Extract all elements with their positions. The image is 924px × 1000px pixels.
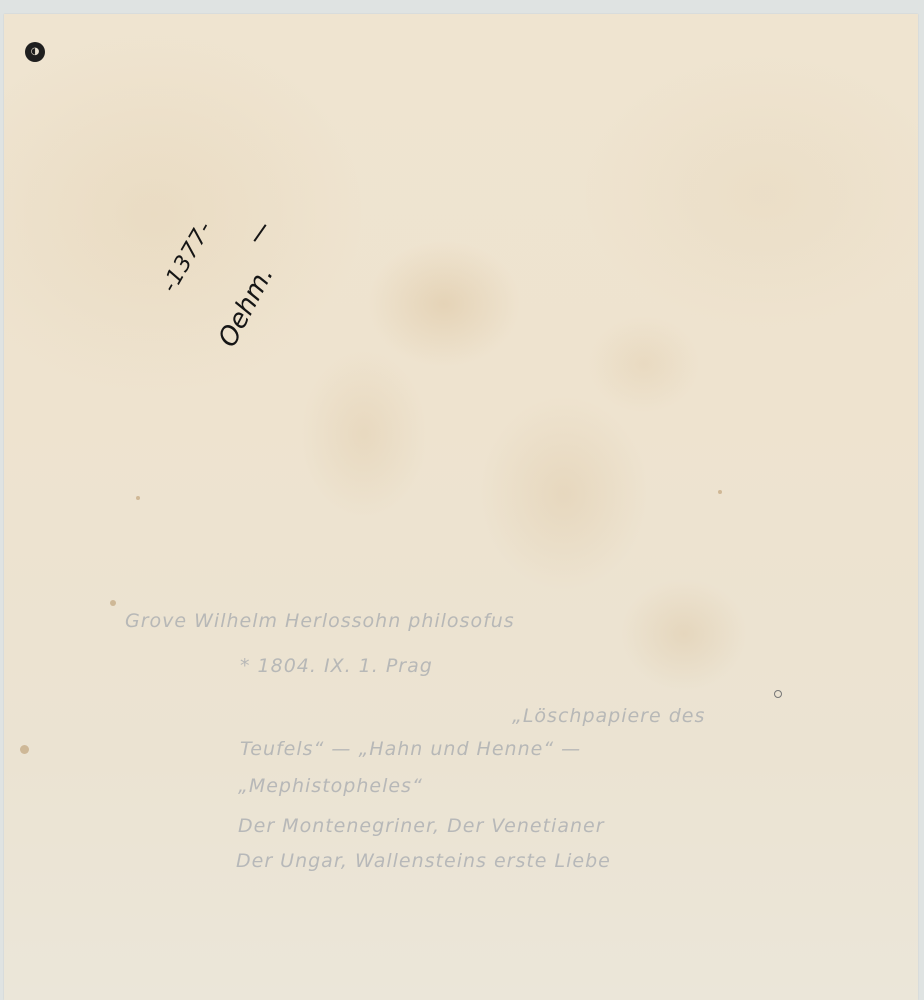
inscription-line-1: Grove Wilhelm Herlossohn philosofus <box>125 610 515 632</box>
foxing-spot <box>718 490 722 494</box>
foxing-spot <box>136 496 140 500</box>
foxing-spot <box>110 600 116 606</box>
inscription-line-4: Teufels“ — „Hahn und Henne“ — <box>240 738 581 760</box>
inscription-line-3: „Löschpapiere des <box>512 705 705 727</box>
inscription-line-5: „Mephistopheles“ <box>238 775 423 797</box>
inscription-line-2: * 1804. IX. 1. Prag <box>240 655 433 677</box>
foxing-spot <box>20 745 29 754</box>
small-ring-mark <box>774 690 782 698</box>
inscription-line-6: Der Montenegriner, Der Venetianer <box>238 815 605 837</box>
circular-stamp-icon: ◑ <box>25 42 45 62</box>
inscription-line-7: Der Ungar, Wallensteins erste Liebe <box>236 850 611 872</box>
